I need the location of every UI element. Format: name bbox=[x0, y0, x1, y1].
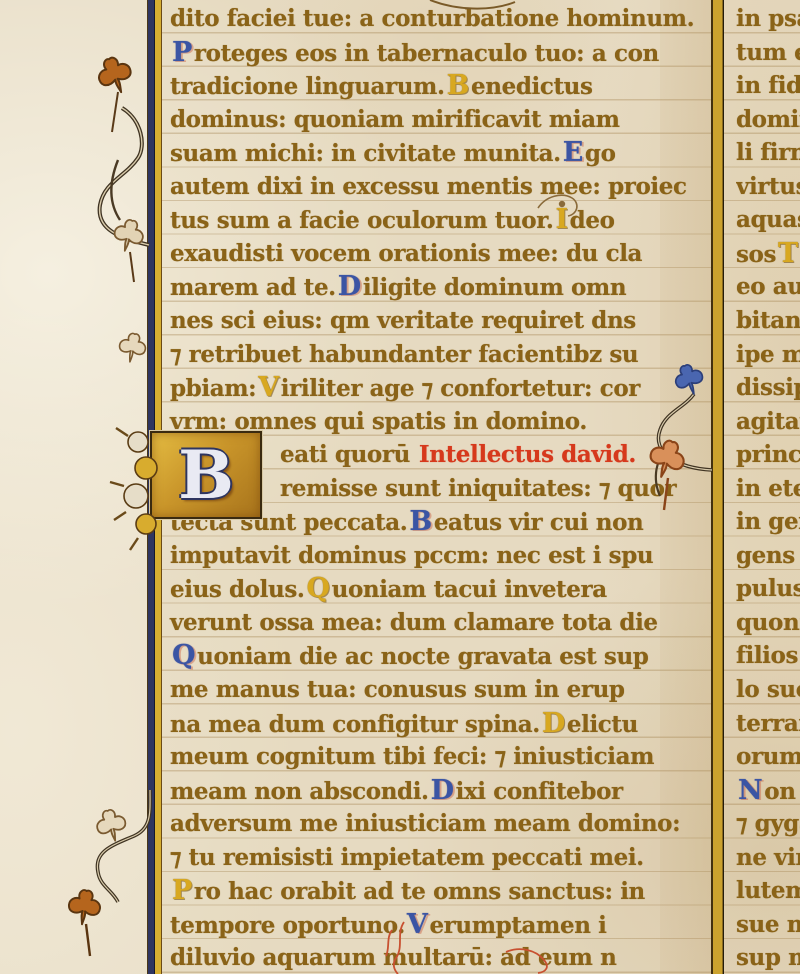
gold-knob-chain bbox=[110, 428, 157, 550]
pen-doodle-face bbox=[538, 195, 577, 216]
ivy-vine-top-left bbox=[94, 53, 149, 364]
ivy-vine-gutter bbox=[645, 361, 712, 510]
red-filigree-bottom bbox=[386, 922, 547, 974]
marginal-decorations bbox=[0, 0, 800, 974]
top-edge-flourish bbox=[430, 0, 515, 9]
manuscript-photo: { "illumination": { "large_initial": "B"… bbox=[0, 0, 800, 974]
ivy-vine-bottom-left bbox=[67, 790, 151, 956]
